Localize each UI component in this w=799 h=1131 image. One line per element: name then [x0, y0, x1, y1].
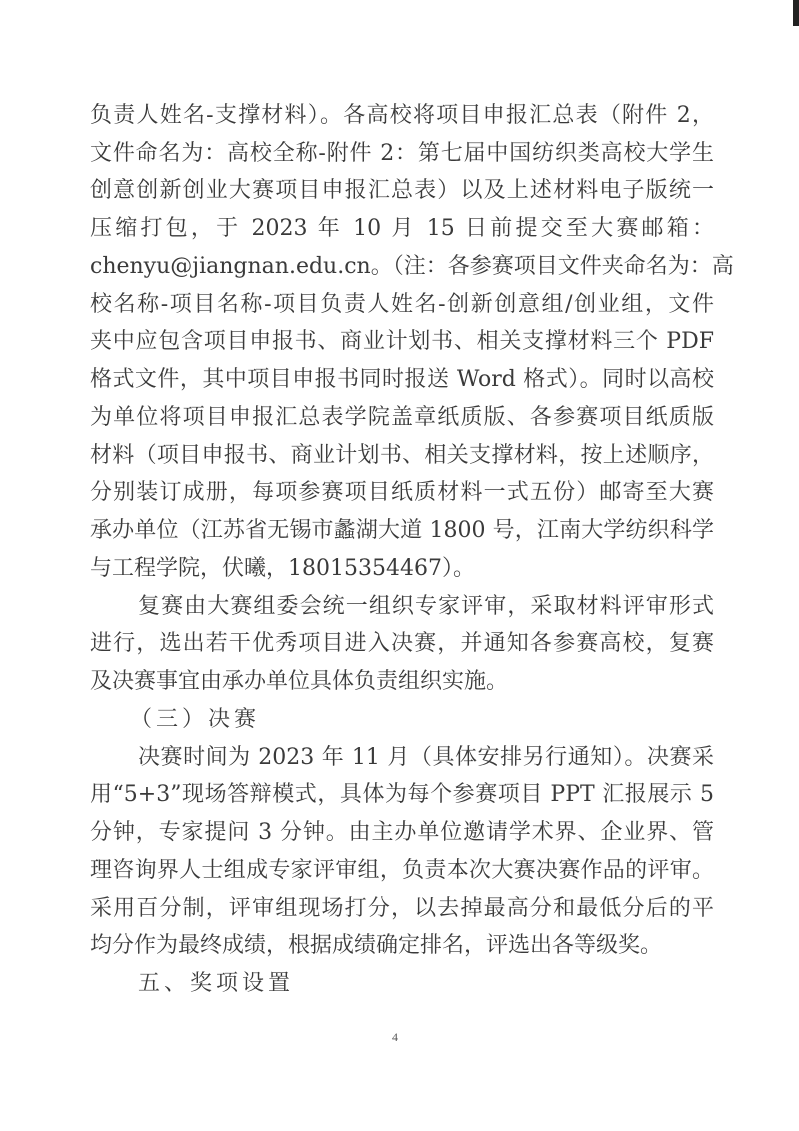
text-line: 文件命名为：高校全称-附件 2：第七届中国纺织类高校大学生: [90, 136, 714, 172]
text-line: 分别装订成册，每项参赛项目纸质材料一式五份）邮寄至大赛: [90, 475, 714, 511]
text-line: 理咨询界人士组成专家评审组，负责本次大赛决赛作品的评审。: [90, 853, 714, 889]
text-line: 进行，选出若干优秀项目进入决赛，并通知各参赛高校，复赛: [90, 626, 714, 662]
text-line: 及决赛事宜由承办单位具体负责组织实施。: [90, 664, 714, 700]
text-line: 材料（项目申报书、商业计划书、相关支撑材料，按上述顺序，: [90, 438, 714, 474]
text-line: 与工程学院，伏曦，18015354467）。: [90, 551, 714, 587]
text-line: 为单位将项目申报汇总表学院盖章纸质版、各参赛项目纸质版: [90, 400, 714, 436]
text-line: 负责人姓名-支撑材料）。各高校将项目申报汇总表（附件 2，: [90, 98, 714, 134]
text-line: 均分作为最终成绩，根据成绩确定排名，评选出各等级奖。: [90, 928, 714, 964]
text-line: 用“5+3”现场答辩模式，具体为每个参赛项目 PPT 汇报展示 5: [90, 777, 714, 813]
subheading-final: （三）决赛: [130, 702, 260, 738]
text-line: 压缩打包，于 2023 年 10 月 15 日前提交至大赛邮箱：: [90, 211, 714, 247]
text-line: 校名称-项目名称-项目负责人姓名-创新创意组/创业组，文件: [90, 287, 714, 323]
text-line: 夹中应包含项目申报书、商业计划书、相关支撑材料三个 PDF: [90, 324, 714, 360]
text-line: 分钟，专家提问 3 分钟。由主办单位邀请学术界、企业界、管: [90, 815, 714, 851]
text-line: 采用百分制，评审组现场打分，以去掉最高分和最低分后的平: [90, 891, 714, 927]
page-number: 4: [392, 1030, 398, 1045]
document-page: 负责人姓名-支撑材料）。各高校将项目申报汇总表（附件 2， 文件命名为：高校全称…: [0, 0, 799, 1131]
scan-edge-mark: [793, 0, 799, 26]
text-line: 复赛由大赛组委会统一组织专家评审，采取材料评审形式: [138, 589, 714, 625]
text-line: 创意创新创业大赛项目申报汇总表）以及上述材料电子版统一: [90, 173, 714, 209]
section-heading-awards: 五、奖项设置: [138, 966, 294, 1002]
text-line: 承办单位（江苏省无锡市蠡湖大道 1800 号，江南大学纺织科学: [90, 513, 714, 549]
email-line: chenyu@jiangnan.edu.cn。（注：各参赛项目文件夹命名为：高: [90, 249, 714, 285]
text-line: 格式文件，其中项目申报书同时报送 Word 格式）。同时以高校: [90, 362, 714, 398]
text-line: 决赛时间为 2023 年 11 月（具体安排另行通知）。决赛采: [138, 740, 714, 776]
